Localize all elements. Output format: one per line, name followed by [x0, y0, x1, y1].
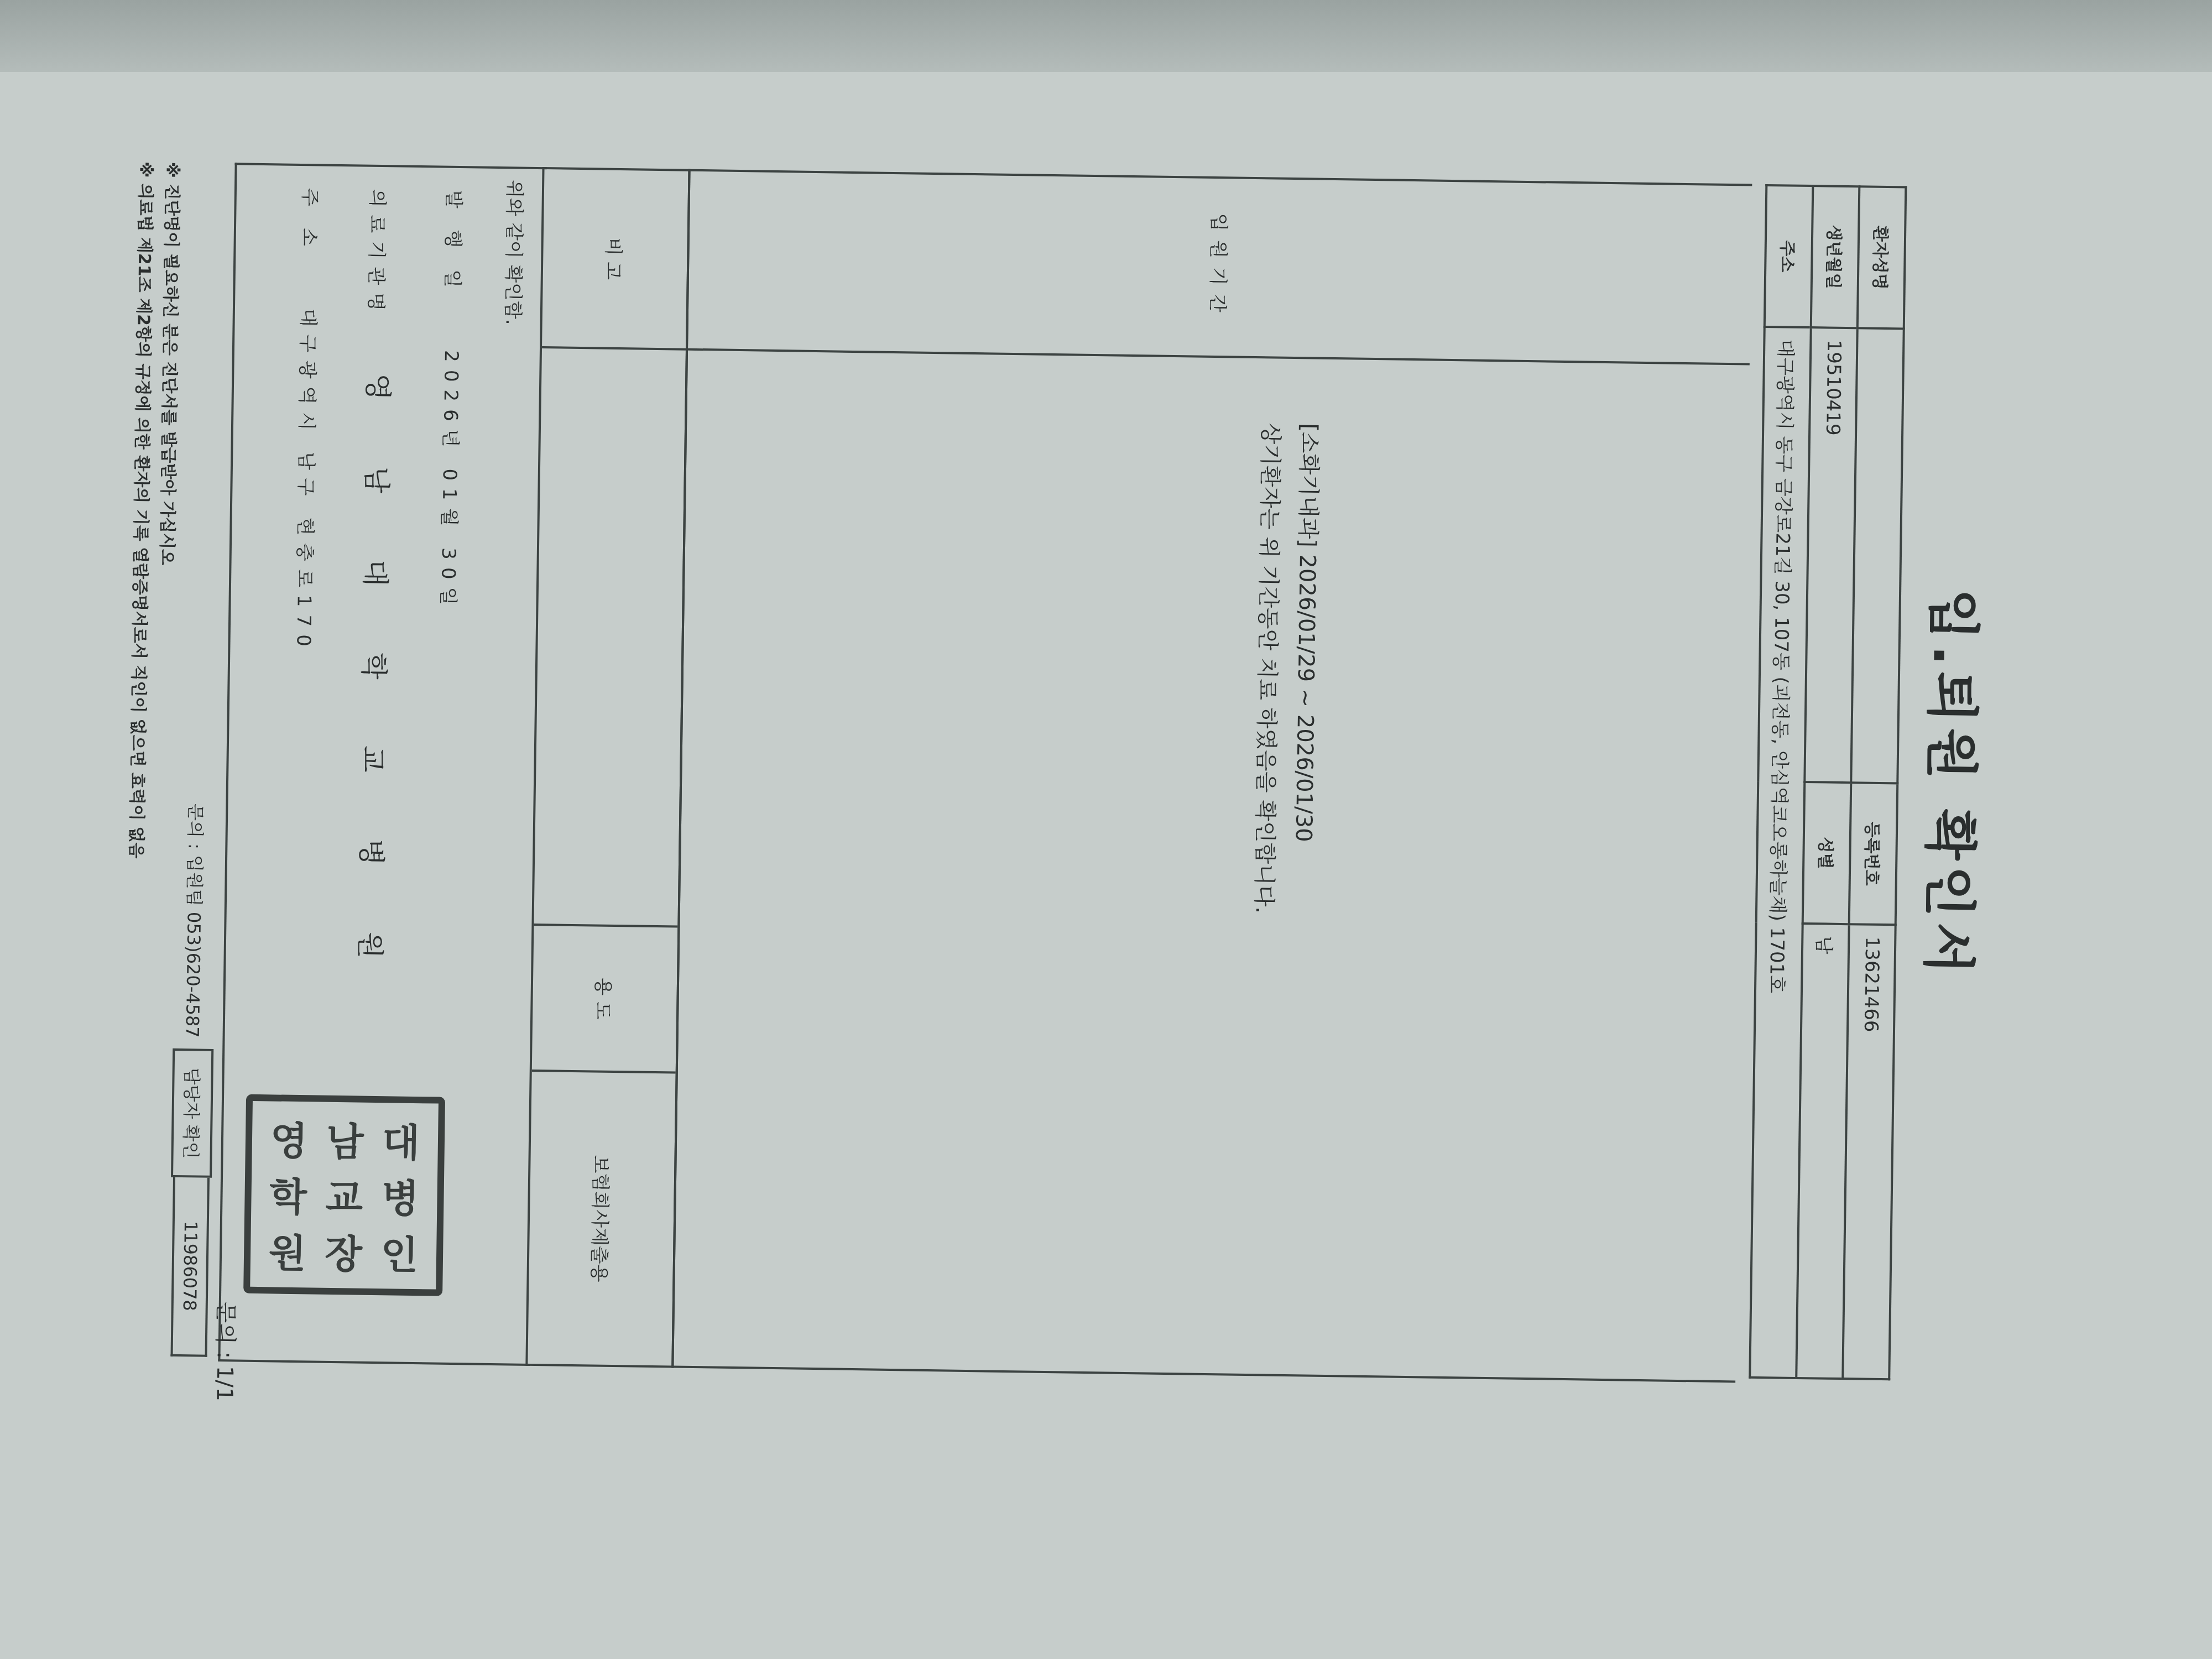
contact-text: 문의 : 입원팀 053)620-4587 — [181, 804, 210, 1038]
issue-date-row: 발 행 일 2026년 01월 30일 — [436, 190, 469, 613]
seal-char: 병 — [372, 1167, 429, 1224]
reg-no-value: 13621466 — [1843, 924, 1895, 1379]
period-statement: 상기환자는 위 기간동안 치료 하였음을 확인합니다. — [1244, 422, 1290, 914]
seal-char: 남 — [317, 1111, 374, 1168]
institution-address-row: 주 소 대구광역시 남구 현충로170 — [291, 188, 325, 654]
document-title: 입.퇴원 확인서 — [1908, 120, 2002, 1448]
sex-label: 성별 — [1803, 782, 1851, 924]
page-number: 문의 : 1/1 — [210, 1301, 243, 1401]
period-dates: [소화기내과] 2026/01/29 ~ 2026/01/30 — [1283, 423, 1328, 915]
remarks-label: 비 고 — [542, 169, 688, 351]
staff-label: 담당자 확인 — [171, 1048, 213, 1178]
seal-char: 원 — [259, 1222, 316, 1279]
remarks-value — [534, 348, 686, 928]
admission-period-section: 입원기간 [소화기내과] 2026/01/29 ~ 2026/01/30 상기환… — [671, 169, 1752, 1383]
patient-name-value — [1851, 328, 1903, 783]
patient-name-label: 환자성명 — [1858, 186, 1906, 328]
purpose-value: 보험회사제출용 — [528, 1072, 675, 1366]
issue-date-label: 발 행 일 — [441, 190, 465, 296]
issue-date-value: 2026년 01월 30일 — [436, 350, 462, 613]
paper-sheet: 입.퇴원 확인서 환자성명 등록번호 13621466 생년월일 1951041… — [0, 72, 2212, 1659]
confirm-text: 위와 같이 확인함. — [501, 180, 530, 325]
birth-label: 생년월일 — [1811, 186, 1860, 328]
reg-no-label: 등록번호 — [1849, 782, 1898, 925]
seal-char: 장 — [315, 1223, 372, 1280]
institution-name: 영남대학교병원 — [353, 373, 394, 1025]
footer: 문의 : 입원팀 053)620-4587 담당자 확인 11986078 ※ … — [116, 161, 226, 1357]
purpose-label: 용 도 — [532, 926, 678, 1074]
remarks-row: 비 고 용 도 보험회사제출용 — [525, 167, 690, 1368]
seal-char: 교 — [316, 1167, 373, 1224]
institution-address-value: 대구광역시 남구 현충로170 — [292, 309, 319, 654]
issuer-section: 위와 같이 확인함. 발 행 일 2026년 01월 30일 의료기관명 영남대… — [218, 163, 546, 1366]
institution-address-label: 주 소 — [298, 188, 321, 254]
official-seal-stamp: 영 남 대 학 교 병 원 장 인 — [243, 1094, 445, 1296]
seal-char: 학 — [260, 1166, 317, 1223]
certificate-page: 입.퇴원 확인서 환자성명 등록번호 13621466 생년월일 1951041… — [258, 97, 2046, 1448]
seal-char: 대 — [373, 1112, 430, 1168]
sex-value: 남 — [1796, 924, 1849, 1379]
background-surface — [0, 0, 2212, 83]
birth-value: 19510419 — [1804, 327, 1857, 782]
period-body: [소화기내과] 2026/01/29 ~ 2026/01/30 상기환자는 위 … — [1244, 422, 1328, 915]
institution-label: 의료기관명 — [364, 189, 388, 319]
seal-char: 인 — [371, 1224, 428, 1281]
address-label: 주소 — [1765, 185, 1813, 327]
seal-char: 영 — [260, 1110, 317, 1167]
institution-row: 의료기관명 영남대학교병원 — [351, 189, 403, 1025]
patient-info-table: 환자성명 등록번호 13621466 생년월일 19510419 성별 남 주소… — [1749, 184, 1907, 1380]
staff-value: 11986078 — [170, 1177, 210, 1357]
period-label: 입원기간 — [688, 171, 1752, 366]
